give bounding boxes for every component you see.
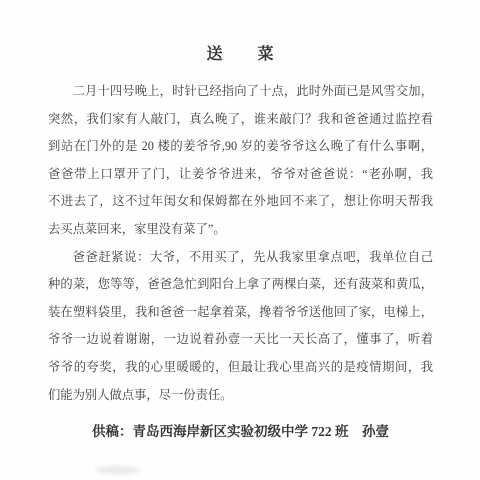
document-body: 二月十四号晚上，时针已经指向了十点，此时外面已是风雪交加， 突然，我们家有人敲门…: [48, 78, 433, 409]
text-line: 爷爷的夸奖，我的心里暖暖的，但最让我心里高兴的是疫情期间，我: [48, 354, 433, 382]
text-line: 二月十四号晚上，时针已经指向了十点，此时外面已是风雪交加，: [48, 78, 433, 106]
text-line: 装在塑料袋里，我和爸爸一起拿着菜，搀着爷爷送他回了家，电梯上，: [48, 299, 433, 327]
text-line: 爸爸带上口罩开了门，让姜爷爷进来，爷爷对爸爸说：“老孙啊，我: [48, 161, 433, 189]
text-line: 去买点菜回来，家里没有菜了”。: [48, 216, 433, 244]
document-content: 送 菜 二月十四号晚上，时针已经指向了十点，此时外面已是风雪交加， 突然，我们家…: [48, 44, 433, 443]
text-line: 到站在门外的是 20 楼的姜爷爷,90 岁的姜爷爷这么晚了有什么事啊，: [48, 133, 433, 161]
text-line: 不进去了，这不过年闺女和保姆都在外地回不来了，想让你明天帮我: [48, 188, 433, 216]
text-line: 突然，我们家有人敲门，真么晚了，谁来敲门？我和爸爸通过监控看: [48, 106, 433, 134]
text-line: 们能为别人做点事，尽一份责任。: [48, 382, 433, 410]
document-title: 送 菜: [48, 44, 433, 66]
text-line: 爸爸赶紧说：大爷，不用买了，先从我家里拿点吧，我单位自己: [48, 244, 433, 272]
scan-smudge-artifact: [95, 466, 141, 474]
byline: 供稿：青岛西海岸新区实验初级中学 722 班 孙壹: [48, 421, 433, 443]
text-line: 种的菜，您等等，爸爸急忙到阳台上拿了两棵白菜，还有菠菜和黄瓜，: [48, 271, 433, 299]
text-line: 爷爷一边说着谢谢，一边说着孙壹一天比一天长高了，懂事了，听着: [48, 326, 433, 354]
document-page: 送 菜 二月十四号晚上，时针已经指向了十点，此时外面已是风雪交加， 突然，我们家…: [0, 0, 480, 480]
